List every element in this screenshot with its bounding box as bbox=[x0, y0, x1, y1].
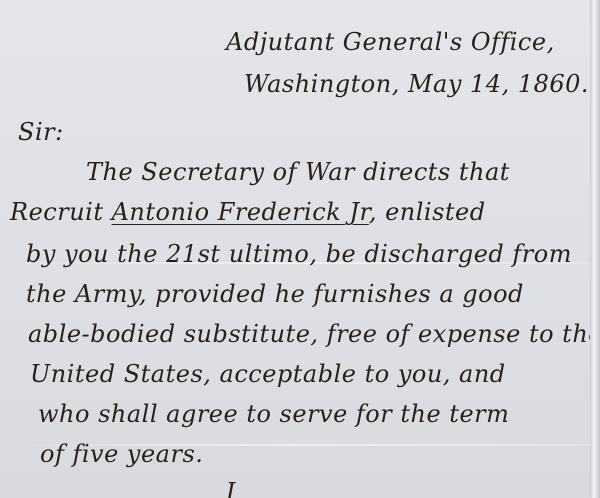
letter-body-line: The Secretary of War directs that bbox=[86, 158, 510, 186]
letter-body-line: who shall agree to serve for the term bbox=[38, 400, 509, 428]
letter-body-line: of five years. bbox=[40, 440, 203, 468]
letter-body-line: United States, acceptable to you, and bbox=[30, 360, 506, 388]
letter-body-line: able-bodied substitute, free of expense … bbox=[28, 320, 600, 348]
letter-body-line: by you the 21st ultimo, be discharged fr… bbox=[26, 240, 572, 268]
letter-heading-date: Washington, May 14, 1860. bbox=[244, 70, 589, 98]
letter-body-line: the Army, provided he furnishes a good bbox=[26, 280, 524, 308]
letter-paper: Adjutant General's Office, Washington, M… bbox=[0, 0, 590, 498]
letter-text: , enlisted bbox=[369, 198, 486, 226]
letter-salutation: Sir: bbox=[18, 118, 64, 146]
recruit-name: Antonio Frederick Jr bbox=[112, 198, 369, 226]
frame-edge bbox=[590, 0, 600, 498]
letter-heading-office: Adjutant General's Office, bbox=[226, 28, 555, 56]
letter-text: Recruit bbox=[10, 198, 112, 226]
letter-closing-fragment: I bbox=[226, 478, 236, 498]
letter-body-line: Recruit Antonio Frederick Jr, enlisted bbox=[10, 198, 486, 226]
